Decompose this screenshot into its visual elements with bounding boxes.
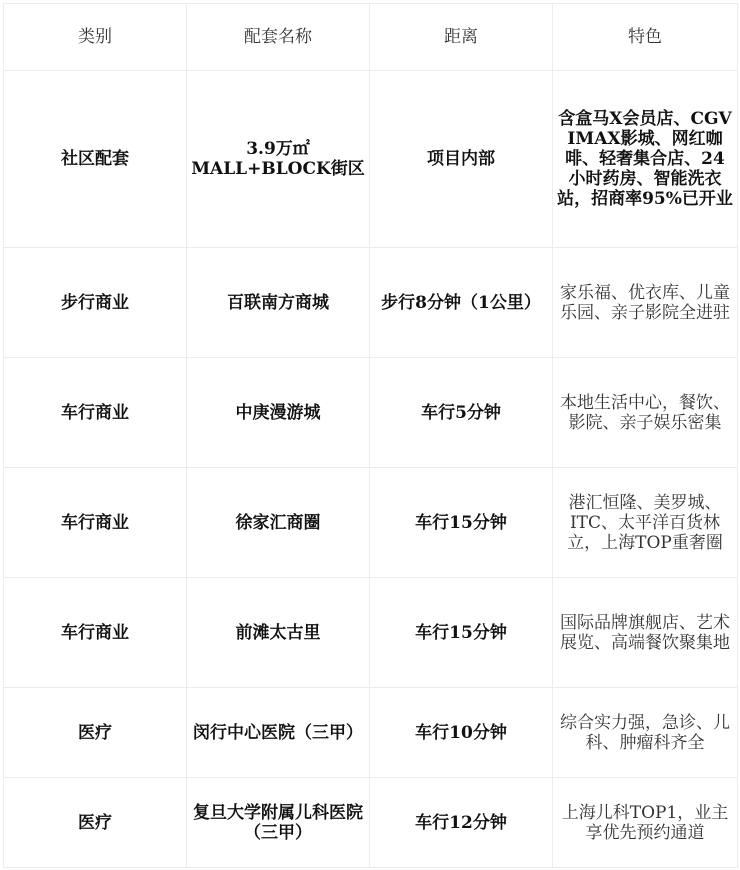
header-category: 类别 (4, 4, 187, 71)
name-cell: 复旦大学附属儿科医院（三甲） (187, 778, 370, 868)
feature-cell: 本地生活中心，餐饮、影院、亲子娱乐密集 (553, 358, 738, 468)
distance-cell: 车行15分钟 (370, 578, 553, 688)
feature-cell: 家乐福、优衣库、儿童乐园、亲子影院全进驻 (553, 248, 738, 358)
name-cell: 中庚漫游城 (187, 358, 370, 468)
header-distance: 距离 (370, 4, 553, 71)
name-cell: 闵行中心医院（三甲） (187, 688, 370, 778)
header-row: 类别 配套名称 距离 特色 (4, 4, 738, 71)
category-cell: 车行商业 (4, 578, 187, 688)
category-cell: 医疗 (4, 778, 187, 868)
category-cell: 医疗 (4, 688, 187, 778)
table-row: 车行商业徐家汇商圈车行15分钟港汇恒隆、美罗城、ITC、太平洋百货林立，上海TO… (4, 468, 738, 578)
feature-cell: 港汇恒隆、美罗城、ITC、太平洋百货林立，上海TOP重奢圈 (553, 468, 738, 578)
name-cell: 徐家汇商圈 (187, 468, 370, 578)
feature-cell: 上海儿科TOP1，业主享优先预约通道 (553, 778, 738, 868)
feature-cell: 国际品牌旗舰店、艺术展览、高端餐饮聚集地 (553, 578, 738, 688)
distance-cell: 步行8分钟（1公里） (370, 248, 553, 358)
distance-cell: 车行5分钟 (370, 358, 553, 468)
distance-cell: 车行10分钟 (370, 688, 553, 778)
feature-cell: 综合实力强，急诊、儿科、肿瘤科齐全 (553, 688, 738, 778)
table-row: 步行商业百联南方商城步行8分钟（1公里）家乐福、优衣库、儿童乐园、亲子影院全进驻 (4, 248, 738, 358)
distance-cell: 车行12分钟 (370, 778, 553, 868)
feature-cell: 含盒马X会员店、CGV IMAX影城、网红咖啡、轻奢集合店、24小时药房、智能洗… (553, 71, 738, 248)
table-row: 车行商业中庚漫游城车行5分钟本地生活中心，餐饮、影院、亲子娱乐密集 (4, 358, 738, 468)
name-cell: 3.9万㎡ MALL+BLOCK街区 (187, 71, 370, 248)
category-cell: 社区配套 (4, 71, 187, 248)
category-cell: 步行商业 (4, 248, 187, 358)
table-row: 医疗复旦大学附属儿科医院（三甲）车行12分钟上海儿科TOP1，业主享优先预约通道 (4, 778, 738, 868)
distance-cell: 项目内部 (370, 71, 553, 248)
amenities-table: 类别 配套名称 距离 特色 社区配套3.9万㎡ MALL+BLOCK街区项目内部… (3, 3, 738, 868)
table-row: 社区配套3.9万㎡ MALL+BLOCK街区项目内部含盒马X会员店、CGV IM… (4, 71, 738, 248)
category-cell: 车行商业 (4, 358, 187, 468)
distance-cell: 车行15分钟 (370, 468, 553, 578)
category-cell: 车行商业 (4, 468, 187, 578)
table-row: 医疗闵行中心医院（三甲）车行10分钟综合实力强，急诊、儿科、肿瘤科齐全 (4, 688, 738, 778)
header-feature: 特色 (553, 4, 738, 71)
name-cell: 百联南方商城 (187, 248, 370, 358)
table-row: 车行商业前滩太古里车行15分钟国际品牌旗舰店、艺术展览、高端餐饮聚集地 (4, 578, 738, 688)
name-cell: 前滩太古里 (187, 578, 370, 688)
header-name: 配套名称 (187, 4, 370, 71)
